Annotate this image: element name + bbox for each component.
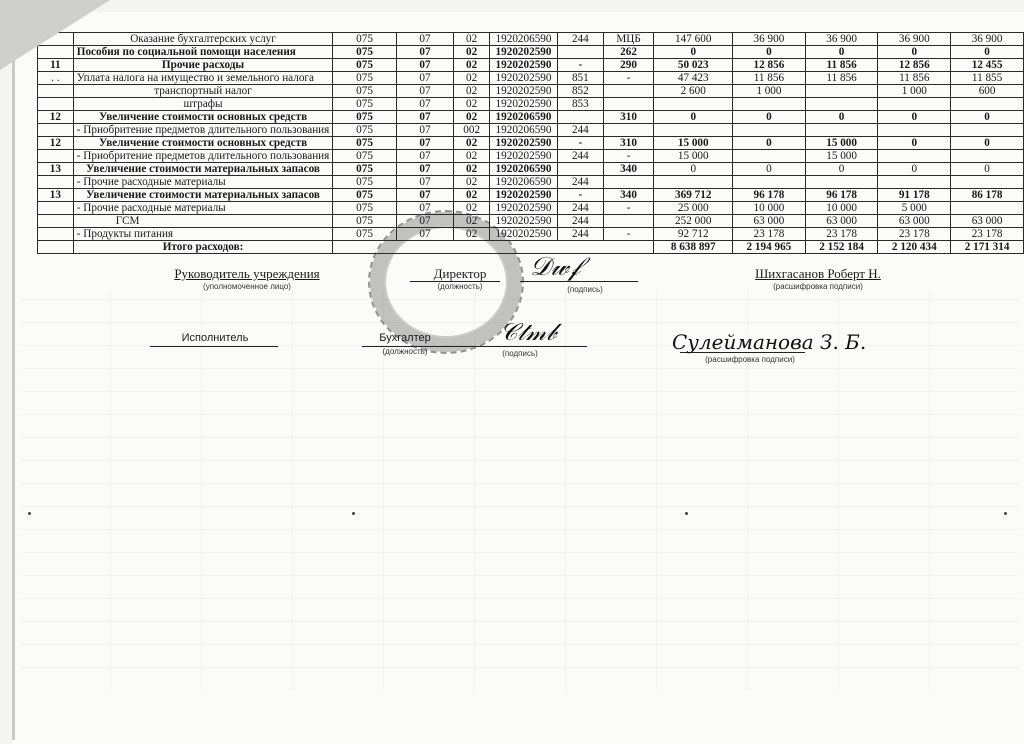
quarter-3: [878, 176, 951, 189]
kosgu-code: 290: [603, 59, 654, 72]
row-description: - Приобритение предметов длительного пол…: [73, 124, 333, 137]
executor-role: Исполнитель: [150, 332, 280, 344]
quarter-2: 36 900: [805, 33, 878, 46]
kosgu-code: 340: [603, 163, 654, 176]
row-description: ГСМ: [73, 215, 333, 228]
quarter-2: 23 178: [805, 228, 878, 241]
table-row: - Прочие расходные материалы075070219202…: [38, 176, 1024, 189]
annual-total: 147 600: [654, 33, 733, 46]
quarter-4: 63 000: [951, 215, 1024, 228]
quarter-2: [805, 98, 878, 111]
podrazdel-code: 02: [454, 228, 490, 241]
quarter-4: 86 178: [951, 189, 1024, 202]
table-row: - Приобритение предметов длительного пол…: [38, 150, 1024, 163]
executor-role-block: Исполнитель: [150, 332, 280, 344]
row-description: - Прочие расходные материалы: [73, 176, 333, 189]
quarter-3: 5 000: [878, 202, 951, 215]
quarter-1: [733, 124, 806, 137]
quarter-2: [805, 124, 878, 137]
quarter-4: [951, 98, 1024, 111]
podrazdel-code: 02: [454, 111, 490, 124]
table-row: штрафы07507021920202590853: [38, 98, 1024, 111]
target-article-code: 1920202590: [490, 85, 558, 98]
expense-type-code: 244: [557, 124, 603, 137]
glava-code: 075: [333, 124, 396, 137]
quarter-2: 0: [805, 111, 878, 124]
target-article-code: 1920206590: [490, 163, 558, 176]
folded-corner: [0, 0, 110, 70]
target-article-code: 1920202590: [490, 59, 558, 72]
kosgu-code: -: [603, 150, 654, 163]
razdel-code: 07: [396, 150, 453, 163]
target-article-code: 1920202590: [490, 98, 558, 111]
quarter-2: 11 856: [805, 59, 878, 72]
totals-quarter-1: 2 194 965: [733, 241, 806, 254]
razdel-code: 07: [396, 98, 453, 111]
quarter-1: 0: [733, 111, 806, 124]
table-row: - Продукты питания07507021920202590244-9…: [38, 228, 1024, 241]
row-number: 12: [38, 137, 74, 150]
executor-signature-caption: (подпись): [490, 349, 550, 358]
quarter-4: 36 900: [951, 33, 1024, 46]
table-row: 11Прочие расходы07507021920202590-29050 …: [38, 59, 1024, 72]
glava-code: 075: [333, 98, 396, 111]
razdel-code: 07: [396, 228, 453, 241]
razdel-code: 07: [396, 215, 453, 228]
podrazdel-code: 02: [454, 33, 490, 46]
razdel-code: 07: [396, 59, 453, 72]
totals-spacer: [333, 241, 654, 254]
razdel-code: 07: [396, 202, 453, 215]
glava-code: 075: [333, 46, 396, 59]
head-position: Директор: [420, 266, 500, 282]
expense-table: Оказание бухгалтерских услуг075070219202…: [37, 32, 1024, 254]
executor-position-caption: (должность): [370, 347, 440, 356]
annual-total: 50 023: [654, 59, 733, 72]
podrazdel-code: 02: [454, 150, 490, 163]
glava-code: 075: [333, 85, 396, 98]
annual-total: 15 000: [654, 137, 733, 150]
executor-name: Сулейманова З. Б.: [672, 330, 866, 354]
annual-total: 0: [654, 163, 733, 176]
executor-name-caption: (расшифровка подписи): [700, 355, 800, 364]
razdel-code: 07: [396, 46, 453, 59]
expense-type-code: 244: [557, 33, 603, 46]
row-description: штрафы: [73, 98, 333, 111]
target-article-code: 1920202590: [490, 189, 558, 202]
expense-type-code: 851: [557, 72, 603, 85]
executor-position-block: Бухгалтер (должность): [370, 332, 440, 356]
target-article-code: 1920202590: [490, 215, 558, 228]
table-row: транспортный налог075070219202025908522 …: [38, 85, 1024, 98]
podrazdel-code: 02: [454, 163, 490, 176]
podrazdel-code: 02: [454, 215, 490, 228]
executor-signature-caption-block: (подпись): [490, 349, 550, 358]
podrazdel-code: 02: [454, 98, 490, 111]
head-position-line: [410, 281, 500, 282]
head-role-block: Руководитель учреждения (уполномоченное …: [172, 266, 322, 291]
glava-code: 075: [333, 163, 396, 176]
kosgu-code: [603, 215, 654, 228]
quarter-2: [805, 85, 878, 98]
expense-type-code: 244: [557, 176, 603, 189]
totals-quarter-4: 2 171 314: [951, 241, 1024, 254]
table-row: . .Уплата налога на имущество и земельно…: [38, 72, 1024, 85]
kosgu-code: 310: [603, 111, 654, 124]
quarter-4: 0: [951, 137, 1024, 150]
podrazdel-code: 02: [454, 46, 490, 59]
expense-type-code: [557, 163, 603, 176]
row-number: [38, 150, 74, 163]
expense-type-code: [557, 111, 603, 124]
row-number: [38, 85, 74, 98]
glava-code: 075: [333, 111, 396, 124]
quarter-3: [878, 124, 951, 137]
row-description: Увеличение стоимости материальных запасо…: [73, 163, 333, 176]
quarter-2: 0: [805, 163, 878, 176]
quarter-3: 0: [878, 111, 951, 124]
row-description: - Прочие расходные материалы: [73, 202, 333, 215]
annual-total: 25 000: [654, 202, 733, 215]
target-article-code: 1920202590: [490, 202, 558, 215]
row-number: [38, 215, 74, 228]
row-number: 12: [38, 111, 74, 124]
quarter-4: 11 855: [951, 72, 1024, 85]
quarter-4: 0: [951, 163, 1024, 176]
kosgu-code: 262: [603, 46, 654, 59]
target-article-code: 1920202590: [490, 228, 558, 241]
razdel-code: 07: [396, 111, 453, 124]
kosgu-code: -: [603, 228, 654, 241]
row-description: Прочие расходы: [73, 59, 333, 72]
quarter-1: 63 000: [733, 215, 806, 228]
totals-label: Итого расходов:: [73, 241, 333, 254]
annual-total: 47 423: [654, 72, 733, 85]
row-number: 13: [38, 189, 74, 202]
quarter-2: 15 000: [805, 137, 878, 150]
target-article-code: 1920202590: [490, 46, 558, 59]
glava-code: 075: [333, 137, 396, 150]
quarter-1: 36 900: [733, 33, 806, 46]
quarter-4: 12 455: [951, 59, 1024, 72]
podrazdel-code: 02: [454, 176, 490, 189]
scan-speck: [1004, 512, 1007, 515]
executor-signature: 𝒞𝓉𝓂𝒷: [500, 318, 556, 346]
head-role: Руководитель учреждения: [172, 266, 322, 282]
table-row: - Прочие расходные материалы075070219202…: [38, 202, 1024, 215]
quarter-1: 0: [733, 137, 806, 150]
head-signature-caption-block: (подпись): [555, 285, 615, 294]
head-signature: 𝒟𝓌𝒻: [530, 252, 580, 283]
glava-code: 075: [333, 72, 396, 85]
expense-type-code: -: [557, 137, 603, 150]
podrazdel-code: 02: [454, 85, 490, 98]
target-article-code: 1920202590: [490, 150, 558, 163]
totals-quarter-3: 2 120 434: [878, 241, 951, 254]
quarter-1: [733, 176, 806, 189]
quarter-4: [951, 150, 1024, 163]
table-row: ГСМ07507021920202590244252 00063 00063 0…: [38, 215, 1024, 228]
quarter-1: 96 178: [733, 189, 806, 202]
razdel-code: 07: [396, 189, 453, 202]
expense-type-code: 853: [557, 98, 603, 111]
table-row: 13Увеличение стоимости материальных запа…: [38, 163, 1024, 176]
quarter-1: [733, 150, 806, 163]
quarter-1: 0: [733, 163, 806, 176]
razdel-code: 07: [396, 176, 453, 189]
annual-total: 252 000: [654, 215, 733, 228]
executor-position: Бухгалтер: [370, 332, 440, 344]
glava-code: 075: [333, 59, 396, 72]
executor-role-line: [150, 346, 278, 347]
podrazdel-code: 02: [454, 137, 490, 150]
quarter-3: 1 000: [878, 85, 951, 98]
razdel-code: 07: [396, 72, 453, 85]
glava-code: 075: [333, 33, 396, 46]
quarter-3: 0: [878, 163, 951, 176]
podrazdel-code: 02: [454, 59, 490, 72]
razdel-code: 07: [396, 137, 453, 150]
podrazdel-code: 02: [454, 202, 490, 215]
row-number: [38, 202, 74, 215]
quarter-1: 1 000: [733, 85, 806, 98]
annual-total: 369 712: [654, 189, 733, 202]
quarter-2: 96 178: [805, 189, 878, 202]
head-name: Шихгасанов Роберт Н.: [748, 266, 888, 282]
table-row: 13Увеличение стоимости материальных запа…: [38, 189, 1024, 202]
target-article-code: 1920202590: [490, 72, 558, 85]
row-number: [38, 176, 74, 189]
head-name-caption: (расшифровка подписи): [748, 282, 888, 291]
annual-total: [654, 124, 733, 137]
expense-type-code: -: [557, 59, 603, 72]
kosgu-code: [603, 85, 654, 98]
row-description: Увеличение стоимости материальных запасо…: [73, 189, 333, 202]
expense-type-code: 244: [557, 150, 603, 163]
annual-total: [654, 98, 733, 111]
table-row: Пособия по социальной помощи населения07…: [38, 46, 1024, 59]
quarter-3: 0: [878, 46, 951, 59]
quarter-1: 23 178: [733, 228, 806, 241]
head-role-caption: (уполномоченное лицо): [172, 282, 322, 291]
annual-total: 0: [654, 111, 733, 124]
head-signature-caption: (подпись): [555, 285, 615, 294]
row-description: транспортный налог: [73, 85, 333, 98]
podrazdel-code: 02: [454, 189, 490, 202]
row-number: [38, 124, 74, 137]
kosgu-code: 340: [603, 189, 654, 202]
row-description: Пособия по социальной помощи населения: [73, 46, 333, 59]
quarter-3: 23 178: [878, 228, 951, 241]
kosgu-code: 310: [603, 137, 654, 150]
quarter-4: [951, 202, 1024, 215]
row-number: [38, 98, 74, 111]
razdel-code: 07: [396, 163, 453, 176]
quarter-3: [878, 150, 951, 163]
target-article-code: 1920206590: [490, 33, 558, 46]
quarter-4: [951, 124, 1024, 137]
head-name-block: Шихгасанов Роберт Н. (расшифровка подпис…: [748, 266, 888, 291]
row-description: - Продукты питания: [73, 228, 333, 241]
totals-annual: 8 638 897: [654, 241, 733, 254]
row-number: . .: [38, 72, 74, 85]
row-description: Увеличение стоимости основных средств: [73, 137, 333, 150]
target-article-code: 1920206590: [490, 124, 558, 137]
kosgu-code: [603, 176, 654, 189]
quarter-1: 12 856: [733, 59, 806, 72]
expense-type-code: 852: [557, 85, 603, 98]
kosgu-code: -: [603, 72, 654, 85]
target-article-code: 1920202590: [490, 137, 558, 150]
quarter-1: [733, 98, 806, 111]
expense-type-code: 244: [557, 202, 603, 215]
executor-name-caption-block: (расшифровка подписи): [700, 355, 800, 364]
glava-code: 075: [333, 176, 396, 189]
annual-total: 92 712: [654, 228, 733, 241]
quarter-3: 63 000: [878, 215, 951, 228]
podrazdel-code: 002: [454, 124, 490, 137]
page-edge-shadow: [12, 60, 15, 740]
quarter-3: [878, 98, 951, 111]
table-row: Оказание бухгалтерских услуг075070219202…: [38, 33, 1024, 46]
expense-type-code: [557, 46, 603, 59]
head-position-block: Директор (должность): [420, 266, 500, 291]
glava-code: 075: [333, 228, 396, 241]
quarter-3: 12 856: [878, 59, 951, 72]
quarter-2: 15 000: [805, 150, 878, 163]
quarter-4: 600: [951, 85, 1024, 98]
table-row: 12Увеличение стоимости основных средств0…: [38, 111, 1024, 124]
quarter-2: 10 000: [805, 202, 878, 215]
glava-code: 075: [333, 150, 396, 163]
quarter-1: 10 000: [733, 202, 806, 215]
podrazdel-code: 02: [454, 72, 490, 85]
quarter-2: 63 000: [805, 215, 878, 228]
scan-speck: [685, 512, 688, 515]
row-number: [38, 241, 74, 254]
target-article-code: 1920206590: [490, 111, 558, 124]
table-row: - Приобритение предметов длительного пол…: [38, 124, 1024, 137]
annual-total: 2 600: [654, 85, 733, 98]
quarter-1: 0: [733, 46, 806, 59]
quarter-4: 0: [951, 46, 1024, 59]
annual-total: 15 000: [654, 150, 733, 163]
row-description: - Приобритение предметов длительного пол…: [73, 150, 333, 163]
razdel-code: 07: [396, 33, 453, 46]
quarter-1: 11 856: [733, 72, 806, 85]
glava-code: 075: [333, 202, 396, 215]
razdel-code: 07: [396, 124, 453, 137]
row-description: Оказание бухгалтерских услуг: [73, 33, 333, 46]
table-row: 12Увеличение стоимости основных средств0…: [38, 137, 1024, 150]
razdel-code: 07: [396, 85, 453, 98]
quarter-2: [805, 176, 878, 189]
quarter-3: 36 900: [878, 33, 951, 46]
annual-total: [654, 176, 733, 189]
head-position-caption: (должность): [420, 282, 500, 291]
scan-speck: [352, 512, 355, 515]
quarter-3: 11 856: [878, 72, 951, 85]
quarter-3: 0: [878, 137, 951, 150]
kosgu-code: [603, 98, 654, 111]
kosgu-code: -: [603, 202, 654, 215]
expense-type-code: 244: [557, 228, 603, 241]
kosgu-code: [603, 124, 654, 137]
annual-total: 0: [654, 46, 733, 59]
quarter-4: 0: [951, 111, 1024, 124]
row-description: Увеличение стоимости основных средств: [73, 111, 333, 124]
executor-signature-line: [362, 346, 587, 347]
quarter-2: 0: [805, 46, 878, 59]
scan-speck: [28, 512, 31, 515]
glava-code: 075: [333, 215, 396, 228]
target-article-code: 1920206590: [490, 176, 558, 189]
kosgu-code: МЦБ: [603, 33, 654, 46]
row-number: [38, 228, 74, 241]
row-number: 13: [38, 163, 74, 176]
row-description: Уплата налога на имущество и земельного …: [73, 72, 333, 85]
quarter-3: 91 178: [878, 189, 951, 202]
glava-code: 075: [333, 189, 396, 202]
quarter-4: 23 178: [951, 228, 1024, 241]
quarter-4: [951, 176, 1024, 189]
expense-type-code: -: [557, 189, 603, 202]
expense-type-code: 244: [557, 215, 603, 228]
totals-quarter-2: 2 152 184: [805, 241, 878, 254]
quarter-2: 11 856: [805, 72, 878, 85]
